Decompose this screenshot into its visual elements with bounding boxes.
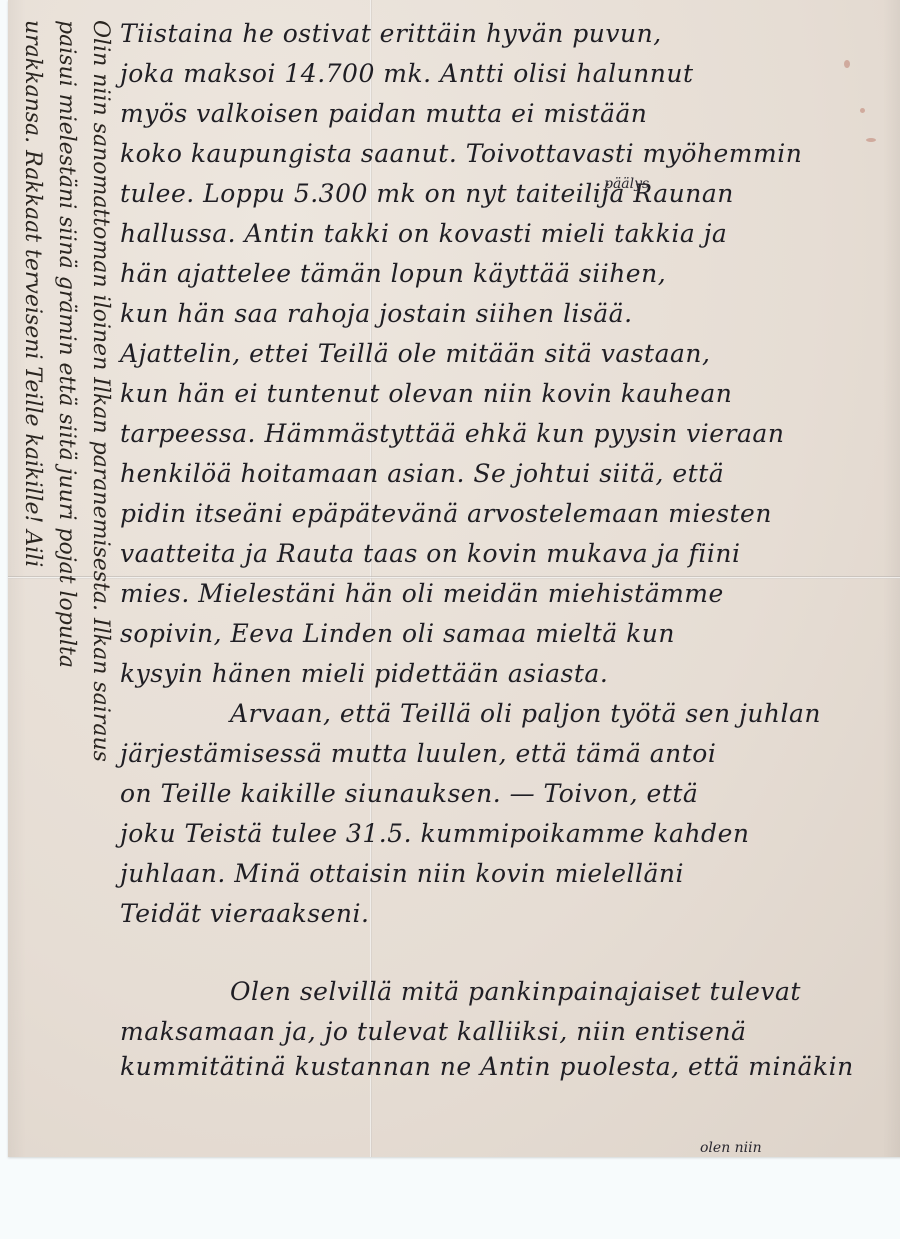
paragraph2-line: järjestämisessä mutta luulen, että tämä … — [120, 734, 900, 774]
paragraph2-line: joku Teistä tulee 31.5. kummipoikamme ka… — [120, 814, 900, 854]
interlinear-insert: päälys — [604, 176, 649, 192]
body-line: myös valkoisen paidan mutta ei mistään — [120, 94, 900, 134]
body-line: tarpeessa. Hämmästyttää ehkä kun pyysin … — [120, 414, 900, 454]
paragraph3-line: Olen selvillä mitä pankinpainajaiset tul… — [120, 972, 900, 1012]
body-line: vaatteita ja Rauta taas on kovin mukava … — [120, 534, 900, 574]
body-line: hallussa. Antin takki on kovasti mieli t… — [120, 214, 900, 254]
paragraph2-line: juhlaan. Minä ottaisin niin kovin mielel… — [120, 854, 900, 894]
paragraph3-line: maksamaan ja, jo tulevat kalliiksi, niin… — [120, 1012, 900, 1052]
margin-note: Olin niin sanomattoman iloinen Ilkan par… — [12, 20, 117, 1060]
paragraph2-line: Teidät vieraakseni. — [120, 894, 900, 934]
margin-line: Olin niin sanomattoman iloinen Ilkan par… — [83, 20, 117, 1060]
body-line: tulee. Loppu 5.300 mk on nyt taiteilija … — [120, 174, 900, 214]
letter-page: Olin niin sanomattoman iloinen Ilkan par… — [8, 0, 900, 1157]
margin-line: paisui mielestäni siinä grämin että siit… — [49, 20, 83, 1060]
body-line: kysyin hänen mieli pidettään asiasta. — [120, 654, 900, 694]
body-line: Tiistaina he ostivat erittäin hyvän puvu… — [120, 14, 900, 54]
body-line: kun hän saa rahoja jostain siihen lisää. — [120, 294, 900, 334]
body-line: koko kaupungista saanut. Toivottavasti m… — [120, 134, 900, 174]
body-line: joka maksoi 14.700 mk. Antti olisi halun… — [120, 54, 900, 94]
body-line: pidin itseäni epäpätevänä arvostelemaan … — [120, 494, 900, 534]
body-line: henkilöä hoitamaan asian. Se johtui siit… — [120, 454, 900, 494]
paragraph2-line: on Teille kaikille siunauksen. — Toivon,… — [120, 774, 900, 814]
interlinear-insert: olen niin — [700, 1140, 762, 1156]
body-line: sopivin, Eeva Linden oli samaa mieltä ku… — [120, 614, 900, 654]
body-line: Ajattelin, ettei Teillä ole mitään sitä … — [120, 334, 900, 374]
letter-body: Tiistaina he ostivat erittäin hyvän puvu… — [120, 14, 900, 1082]
body-line: kun hän ei tuntenut olevan niin kovin ka… — [120, 374, 900, 414]
body-line: mies. Mielestäni hän oli meidän miehistä… — [120, 574, 900, 614]
paragraph2-line: Arvaan, että Teillä oli paljon työtä sen… — [120, 694, 900, 734]
body-line: hän ajattelee tämän lopun käyttää siihen… — [120, 254, 900, 294]
paragraph3-line: kummitätinä kustannan ne Antin puolesta,… — [120, 1052, 900, 1082]
margin-line: urakkansa. Rakkaat terveiseni Teille kai… — [15, 20, 49, 1060]
